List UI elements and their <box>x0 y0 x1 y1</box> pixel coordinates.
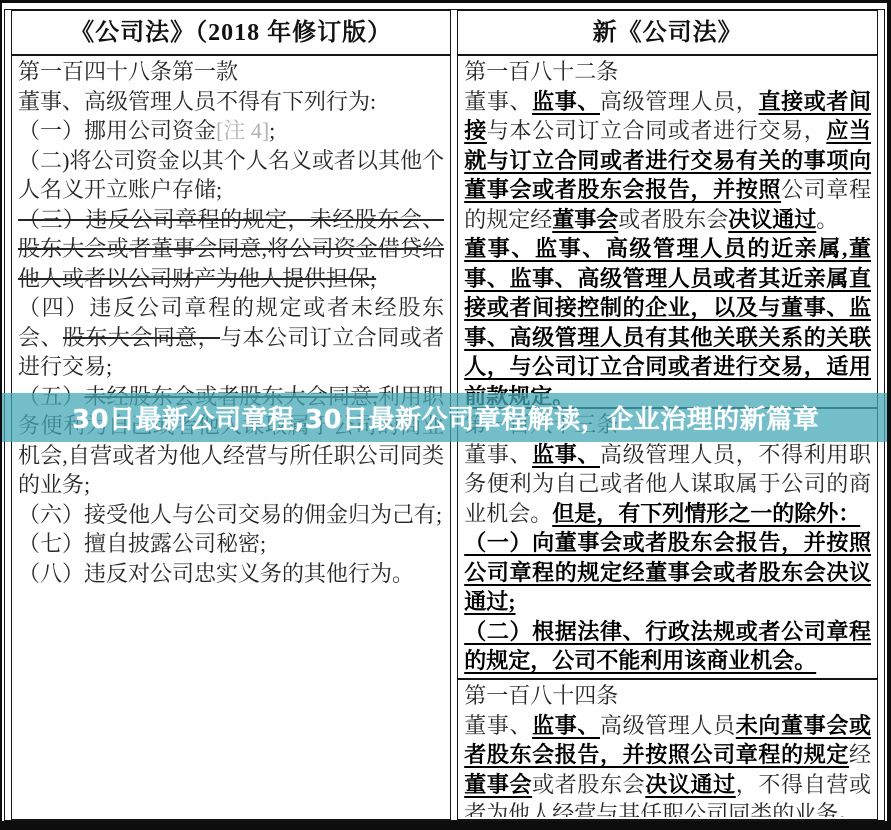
paragraph: 董事、监事、高级管理人员，直接或者间接与本公司订立合同或者进行交易，应当就与订立… <box>464 87 871 235</box>
table-row: 第一百四十八条第一款董事、高级管理人员不得有下列行为:（一）挪用公司资金[注 4… <box>11 55 878 408</box>
paragraph: （六）接受他人与公司交易的佣金归为己有; <box>18 500 444 530</box>
paragraph: 第一百八十四条 <box>464 681 871 711</box>
column-header-old-law: 《公司法》（2018 年修订版） <box>11 10 451 55</box>
paragraph: 第一百八十二条 <box>464 57 871 87</box>
paragraph: （七）擅自披露公司秘密; <box>18 529 444 559</box>
paragraph: （二)将公司资金以其个人名义或者以其他个人名义开立账户存储; <box>18 146 444 205</box>
header-row: 《公司法》（2018 年修订版） 新《公司法》 <box>11 10 878 55</box>
new-law-article-184-cell: 第一百八十四条董事、监事、高级管理人员未向董事会或者股东会报告，并按照公司章程的… <box>457 679 878 820</box>
column-header-new-law: 新《公司法》 <box>457 10 878 55</box>
frame-bottom-edge <box>0 821 891 830</box>
new-law-title: 新《公司法》 <box>593 20 743 46</box>
frame-right-edge <box>887 0 891 830</box>
overlay-title-text: 30日最新公司章程,30日最新公司章程解读，企业治理的新篇章 <box>72 399 819 436</box>
paragraph: 董事、监事、高级管理人员未向董事会或者股东会报告，并按照公司章程的规定经董事会或… <box>464 711 871 818</box>
paragraph: 第一百四十八条第一款 <box>18 57 444 87</box>
document-page: { "header": { "left_title": "《公司法》（2018 … <box>0 0 891 830</box>
paragraph: （四）违反公司章程的规定或者未经股东会、股东大会同意，与本公司订立合同或者进行交… <box>18 293 444 382</box>
paragraph: 董事、监事、高级管理人员的近亲属,董事、监事、高级管理人员或者其近亲属直接或者间… <box>464 234 871 405</box>
new-law-article-182-cell: 第一百八十二条董事、监事、高级管理人员，直接或者间接与本公司订立合同或者进行交易… <box>457 55 878 408</box>
paragraph: （一）向董事会或者股东会报告，并按照公司章程的规定经董事会或者股东会决议通过; <box>464 528 871 617</box>
paragraph: （一）挪用公司资金[注 4]; <box>18 116 444 146</box>
old-law-title: 《公司法》（2018 年修订版） <box>70 20 392 46</box>
frame-top-edge <box>0 0 891 3</box>
paragraph: 董事、高级管理人员不得有下列行为: <box>18 87 444 117</box>
new-law-article-183-text: 第一百八十三条董事、监事、高级管理人员，不得利用职务便利为自己或者他人谋取属于公… <box>464 410 871 676</box>
new-law-article-183-cell: 第一百八十三条董事、监事、高级管理人员，不得利用职务便利为自己或者他人谋取属于公… <box>457 408 878 679</box>
frame-left-edge <box>0 0 2 830</box>
paragraph: 董事、监事、高级管理人员，不得利用职务便利为自己或者他人谋取属于公司的商业机会。… <box>464 440 871 529</box>
new-law-article-184-text: 第一百八十四条董事、监事、高级管理人员未向董事会或者股东会报告，并按照公司章程的… <box>464 681 871 817</box>
paragraph: （二）根据法律、行政法规或者公司章程的规定，公司不能利用该商业机会。 <box>464 617 871 676</box>
new-law-article-182-text: 第一百八十二条董事、监事、高级管理人员，直接或者间接与本公司订立合同或者进行交易… <box>464 57 871 405</box>
paragraph: （八）违反对公司忠实义务的其他行为。 <box>18 559 444 589</box>
paragraph: （三）违反公司章程的规定，未经股东会、股东大会或者董事会同意,将公司资金借贷给他… <box>18 205 444 294</box>
title-overlay-band: 30日最新公司章程,30日最新公司章程解读，企业治理的新篇章 <box>0 393 891 442</box>
